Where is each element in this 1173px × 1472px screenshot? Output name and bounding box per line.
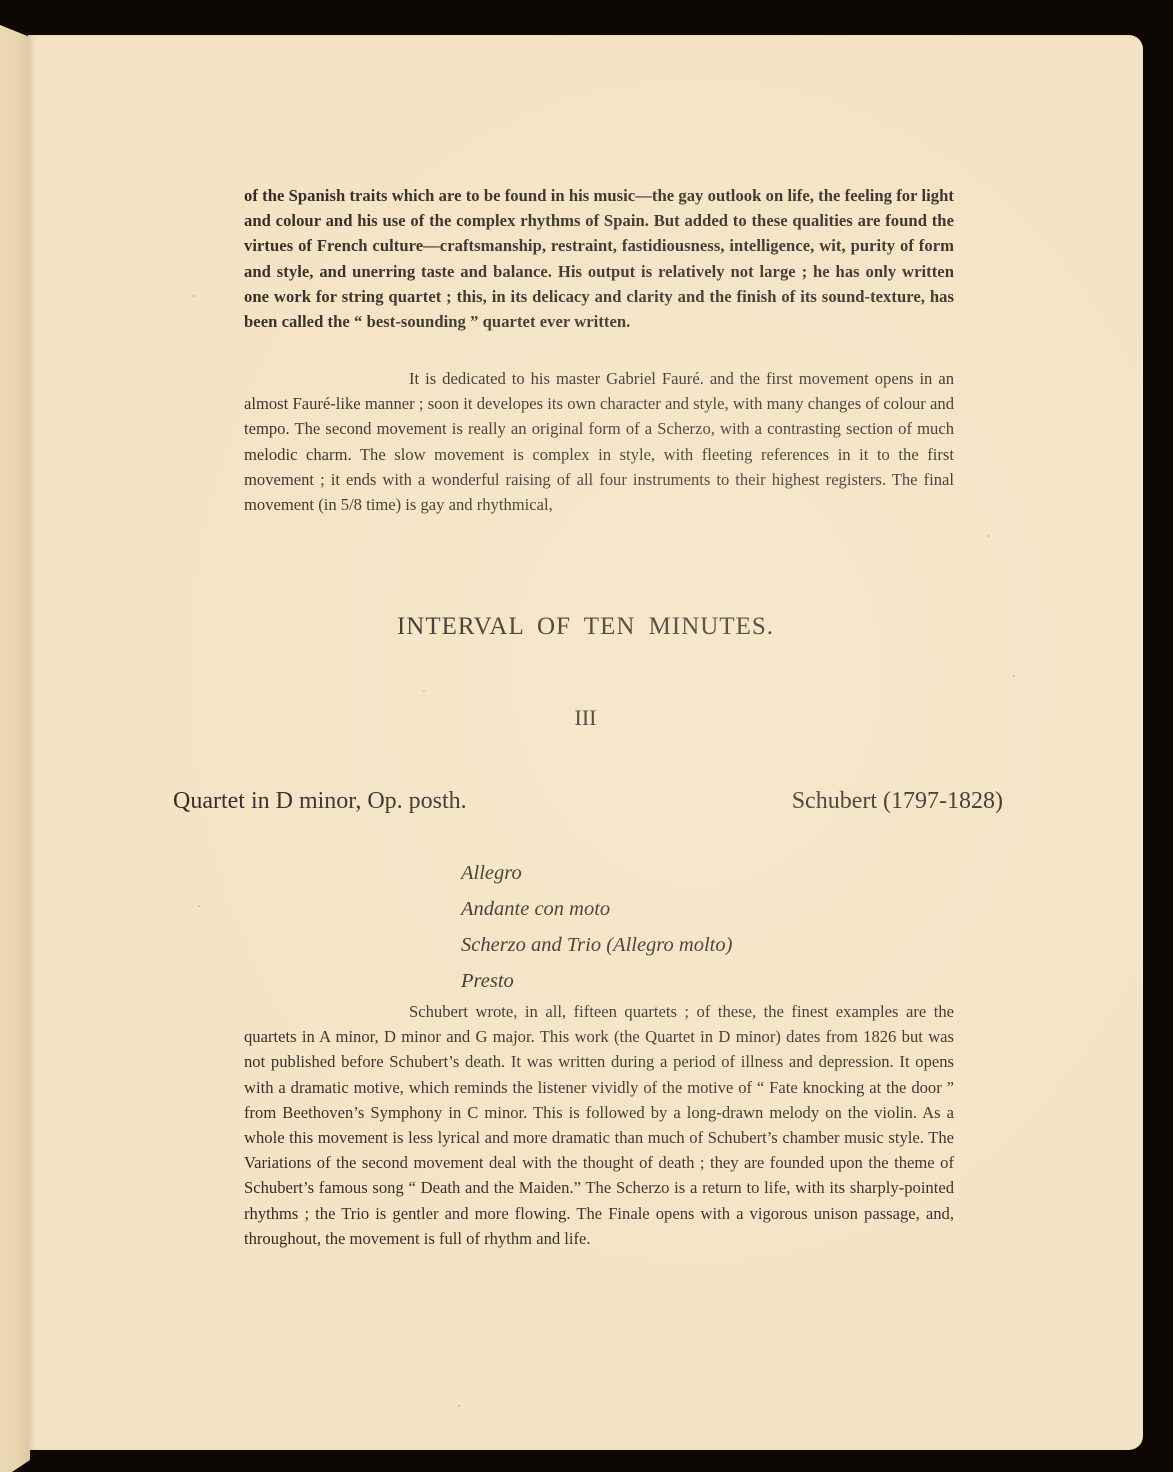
paragraph-ravel-quartet: It is dedicated to his master Gabriel Fa… xyxy=(244,366,954,517)
paper-speck xyxy=(423,690,425,692)
paragraph-schubert-text: Schubert wrote, in all, fifteen quartets… xyxy=(244,1002,954,1248)
movement-4: Presto xyxy=(461,963,732,999)
paragraph-schubert-description: Schubert wrote, in all, fifteen quartets… xyxy=(244,999,954,1251)
document-page: of the Spanish traits which are to be fo… xyxy=(28,35,1143,1450)
movement-1: Allegro xyxy=(461,855,732,891)
movement-2: Andante con moto xyxy=(461,891,732,927)
paper-speck xyxy=(988,535,990,537)
composer-name: Schubert (1797-1828) xyxy=(792,788,1003,815)
paper-speck xyxy=(198,905,200,907)
paper-speck xyxy=(193,295,195,297)
previous-page-edge xyxy=(0,25,30,1472)
paper-speck xyxy=(1013,675,1015,677)
paragraph-ravel-quartet-text: It is dedicated to his master Gabriel Fa… xyxy=(244,369,954,514)
movement-list: Allegro Andante con moto Scherzo and Tri… xyxy=(461,855,732,999)
section-number: III xyxy=(28,705,1143,731)
movement-3: Scherzo and Trio (Allegro molto) xyxy=(461,927,732,963)
work-title: Quartet in D minor, Op. posth. xyxy=(173,788,467,815)
interval-heading: INTERVAL OF TEN MINUTES. xyxy=(28,613,1143,641)
paper-speck xyxy=(458,1405,460,1407)
paragraph-ravel-description: of the Spanish traits which are to be fo… xyxy=(244,183,954,334)
